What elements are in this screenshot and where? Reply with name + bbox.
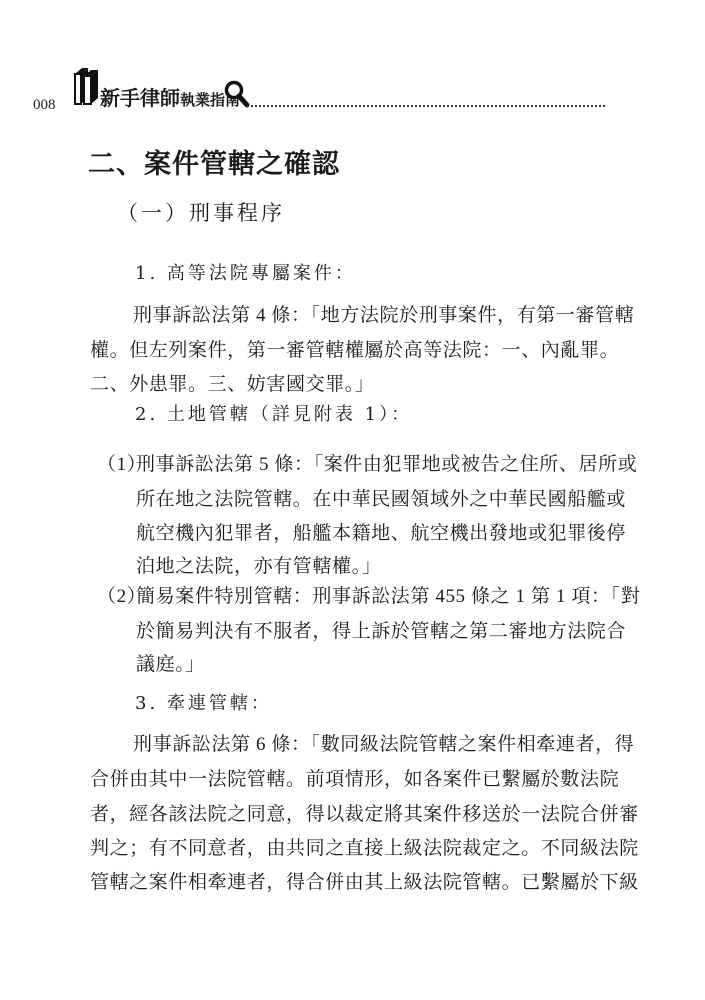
paragraph-line: 航空機內犯罪者，船艦本籍地、航空機出發地或犯罪後停	[136, 518, 626, 545]
paragraph-line: 刑事訴訟法第 5 條：「案件由犯罪地或被告之住所、居所或	[136, 449, 637, 476]
page-number: 008	[33, 97, 56, 114]
item-heading: 3. 牽連管轄：	[135, 689, 272, 715]
paragraph-line: 二、外患罪。三、妨害國交罪。」	[90, 369, 375, 396]
paragraph-line: 所在地之法院管轄。在中華民國領域外之中華民國船艦或	[136, 484, 626, 511]
paragraph-line: 於簡易判決有不服者，得上訴於管轄之第二審地方法院合	[136, 616, 626, 643]
paragraph-line: 合併由其中一法院管轄。前項情形，如各案件已繫屬於數法院	[90, 764, 619, 791]
book-title-main: 新手律師	[100, 86, 180, 110]
paragraph-line: 刑事訴訟法第 6 條：「數同級法院管轄之案件相牽連者，得	[133, 729, 634, 756]
paragraph-line: 泊地之法院，亦有管轄權。」	[136, 551, 381, 578]
paragraph-line: 刑事訴訟法第 4 條：「地方法院於刑事案件，有第一審管轄	[133, 300, 634, 327]
paragraph-line: 權。但左列案件，第一審管轄權屬於高等法院：一、內亂罪。	[90, 335, 619, 362]
subsection-title: （一）刑事程序	[117, 197, 285, 227]
book-title: 新手律師執業指南	[100, 82, 240, 111]
search-icon	[224, 80, 250, 108]
paragraph-line: 議庭。」	[136, 649, 205, 676]
paragraph-line: 簡易案件特別管轄：刑事訴訟法第 455 條之 1 第 1 項：「對	[136, 581, 640, 608]
paragraph-line: 管轄之案件相牽連者，得合併由其上級法院管轄。已繫屬於下級	[90, 867, 639, 894]
section-title: 二、案件管轄之確認	[88, 142, 340, 181]
paragraph-line: 者，經各該法院之同意，得以裁定將其案件移送於一法院合併審	[90, 799, 639, 826]
item-heading: 1. 高等法院專屬案件：	[135, 259, 356, 285]
header-divider	[247, 105, 605, 107]
book-icon	[72, 66, 102, 106]
item-heading: 2. 土地管轄（詳見附表 1）：	[135, 400, 412, 426]
paragraph-line: 判之；有不同意者，由共同之直接上級法院裁定之。不同級法院	[90, 833, 639, 860]
